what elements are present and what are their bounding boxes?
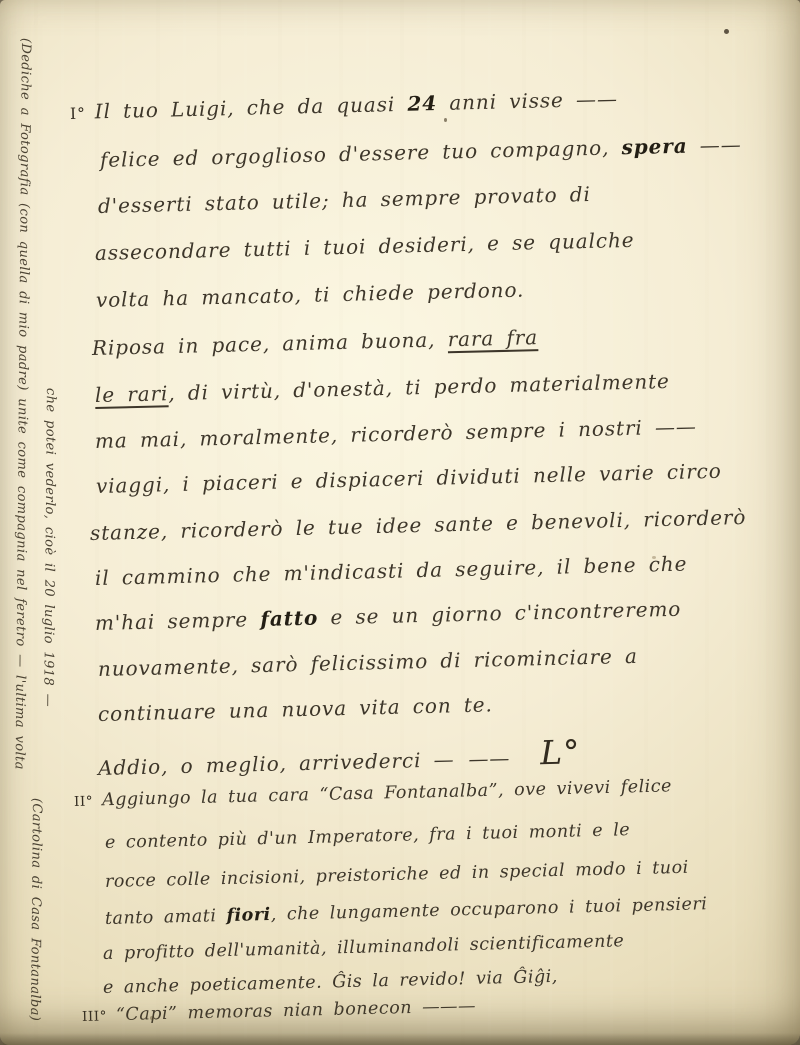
section-marker-2: II°	[74, 794, 93, 810]
line-text: m'hai sempre	[95, 607, 261, 635]
line-text: ——	[687, 132, 742, 157]
section-marker-3: III°	[82, 1008, 107, 1025]
line-text-underlined: le rari	[95, 381, 169, 407]
line-text: tanto amati	[105, 906, 227, 929]
signature-initial: L°	[540, 732, 581, 772]
line-text-underlined: rara fra	[447, 325, 538, 351]
line-text-bold: fiori	[226, 905, 271, 926]
margin-note-postcard: (Cartolina di Casa Fontanalba)	[27, 798, 44, 1022]
line-text: Addio, o meglio, arrivederci —	[98, 747, 455, 780]
line-text-bold: 24	[407, 91, 437, 116]
line-text: anni visse ——	[437, 87, 618, 115]
section-marker-1: I°	[70, 105, 86, 123]
line-text-bold: spera	[621, 134, 688, 160]
line-text-bold: fatto	[260, 606, 318, 631]
line-dash: ——	[468, 746, 510, 771]
margin-note-dedication-line2: che potei vederlo, cioè il 20 luglio 191…	[40, 388, 58, 707]
scanned-letter-page: (Dediche a Fotografia (con quella di mio…	[0, 0, 800, 1045]
